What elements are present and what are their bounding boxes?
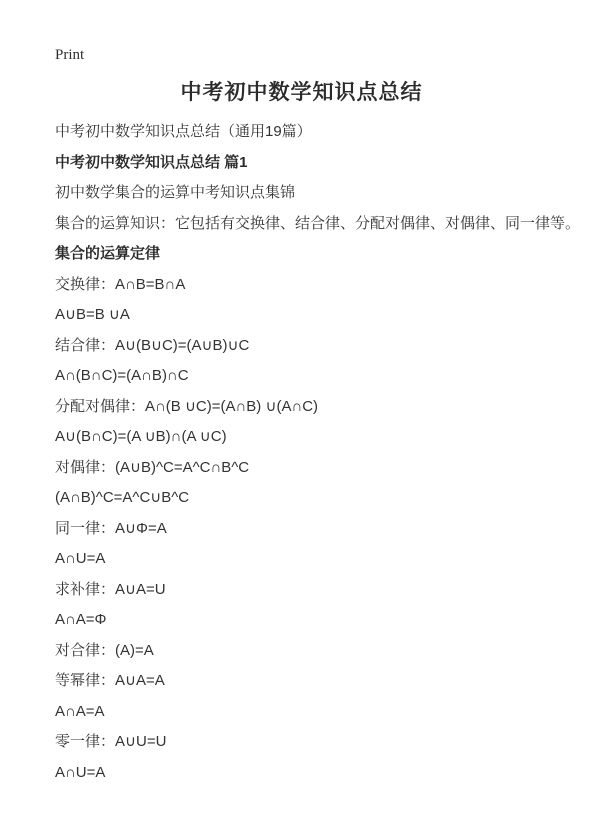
law-commutative-1: 交换律：A∩B=B∩A: [55, 277, 548, 292]
print-link[interactable]: Print: [55, 47, 84, 63]
law-associative-1: 结合律：A∪(B∪C)=(A∪B)∪C: [55, 338, 548, 353]
law-zero-one-1: 零一律：A∪U=U: [55, 734, 548, 749]
law-demorgan-2: (A∩B)^C=A^C∪B^C: [55, 490, 548, 505]
intro-line: 初中数学集合的运算中考知识点集锦: [55, 185, 548, 200]
law-idempotent-1: 等幂律：A∪A=A: [55, 673, 548, 688]
document-page: Print 中考初中数学知识点总结 中考初中数学知识点总结（通用19篇） 中考初…: [0, 0, 600, 828]
document-body: 中考初中数学知识点总结（通用19篇） 中考初中数学知识点总结 篇1 初中数学集合…: [55, 124, 548, 780]
law-distributive-1: 分配对偶律：A∩(B ∪C)=(A∩B) ∪(A∩C): [55, 399, 548, 414]
law-associative-2: A∩(B∩C)=(A∩B)∩C: [55, 368, 548, 383]
section-heading-part1: 中考初中数学知识点总结 篇1: [55, 155, 548, 170]
law-complement-1: 求补律：A∪A=U: [55, 582, 548, 597]
law-zero-one-2: A∩U=A: [55, 765, 548, 780]
law-distributive-2: A∪(B∩C)=(A ∪B)∩(A ∪C): [55, 429, 548, 444]
laws-heading: 集合的运算定律: [55, 246, 548, 261]
law-involution: 对合律：(A)=A: [55, 643, 548, 658]
page-title: 中考初中数学知识点总结: [55, 80, 548, 106]
law-identity-1: 同一律：A∪Φ=A: [55, 521, 548, 536]
overview-line: 集合的运算知识：它包括有交换律、结合律、分配对偶律、对偶律、同一律等。: [55, 216, 548, 231]
law-complement-2: A∩A=Φ: [55, 612, 548, 627]
law-demorgan-1: 对偶律：(A∪B)^C=A^C∩B^C: [55, 460, 548, 475]
law-idempotent-2: A∩A=A: [55, 704, 548, 719]
law-commutative-2: A∪B=B ∪A: [55, 307, 548, 322]
law-identity-2: A∩U=A: [55, 551, 548, 566]
doc-subtitle: 中考初中数学知识点总结（通用19篇）: [55, 124, 548, 139]
